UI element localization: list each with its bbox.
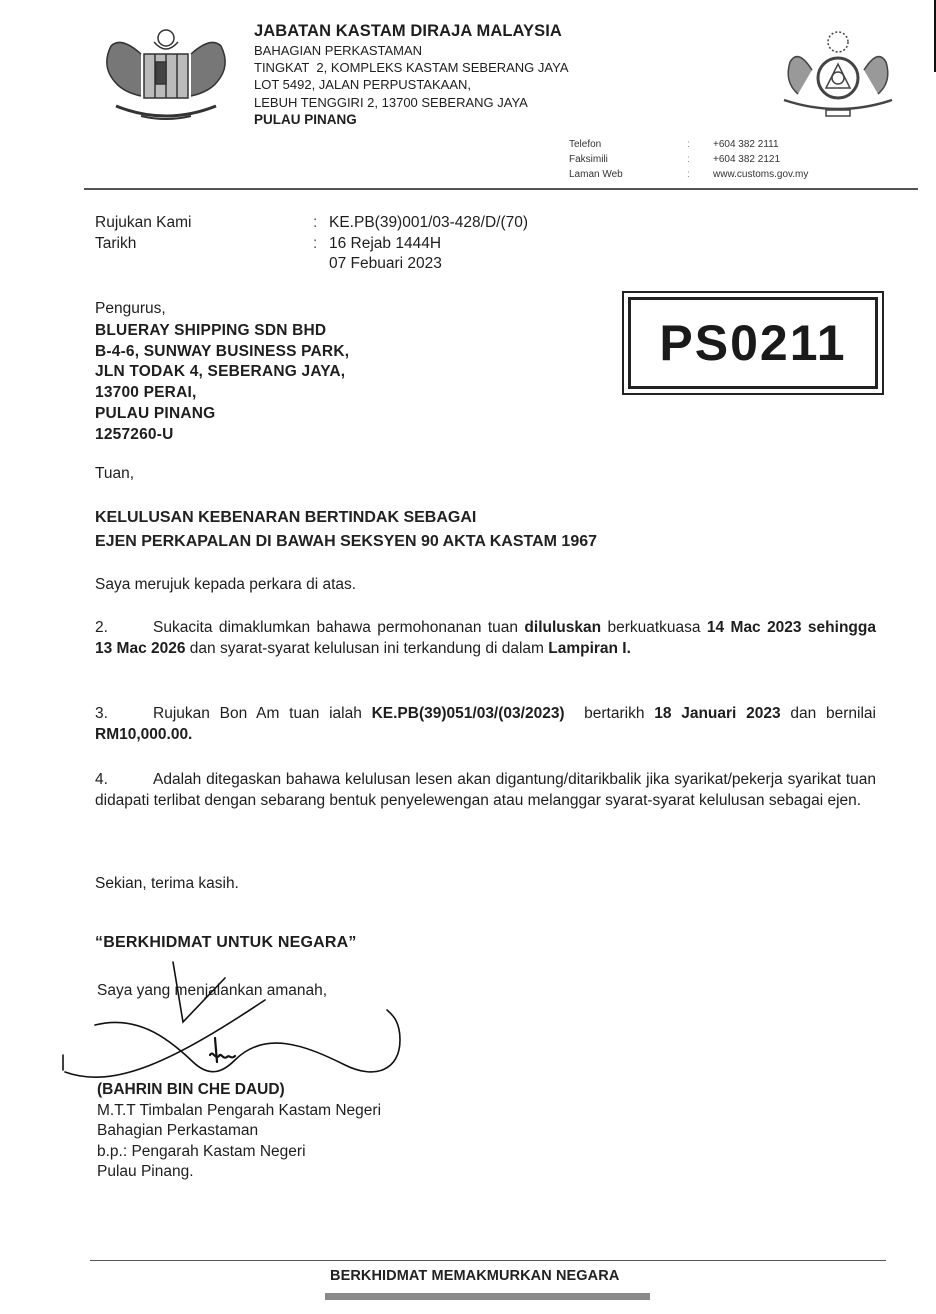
recipient-address-line: PULAU PINANG	[95, 404, 349, 425]
website-link[interactable]: www.customs.gov.my	[713, 167, 808, 182]
recipient-company: BLUERAY SHIPPING SDN BHD	[95, 321, 349, 342]
paragraph-4: 4.Adalah ditegaskan bahawa kelulusan les…	[95, 770, 876, 811]
ref-separator: :	[313, 213, 329, 234]
date-label: Tarikh	[95, 234, 313, 255]
appendix-reference: Lampiran I.	[548, 640, 631, 657]
phone-number: +604 382 2111	[713, 137, 779, 152]
paragraph-number: 4.	[95, 770, 153, 791]
stamp-code: PS0211	[628, 297, 878, 389]
address-line: BAHAGIAN PERKASTAMAN	[254, 42, 569, 59]
paragraph-text: bertarikh	[565, 705, 655, 722]
contact-info: Telefon : +604 382 2111 Faksimili : +604…	[569, 137, 808, 182]
contact-label: Faksimili	[569, 152, 687, 167]
handwritten-signature	[55, 960, 415, 1090]
signer-block: (BAHRIN BIN CHE DAUD) M.T.T Timbalan Pen…	[97, 1080, 381, 1183]
paragraph-number: 3.	[95, 704, 153, 725]
contact-label: Telefon	[569, 137, 687, 152]
fax-number: +604 382 2121	[713, 152, 780, 167]
subject-heading: KELULUSAN KEBENARAN BERTINDAK SEBAGAI EJ…	[95, 506, 597, 554]
paragraph-text: dan syarat-syarat kelulusan ini terkandu…	[186, 640, 549, 657]
bond-date: 18 Januari 2023	[654, 705, 780, 722]
footer-divider	[90, 1260, 886, 1261]
paragraph-3: 3.Rujukan Bon Am tuan ialah KE.PB(39)051…	[95, 704, 876, 745]
malaysia-coat-of-arms-icon	[96, 24, 236, 124]
approval-status: diluluskan	[524, 619, 601, 636]
stamp-box: PS0211	[622, 291, 884, 395]
contact-row-fax: Faksimili : +604 382 2121	[569, 152, 808, 167]
customs-emblem-icon	[776, 30, 900, 122]
address-line: LOT 5492, JALAN PERPUSTAKAAN,	[254, 76, 569, 93]
closing-remark: Sekian, terima kasih.	[95, 875, 239, 893]
contact-row-web: Laman Web : www.customs.gov.my	[569, 167, 808, 182]
recipient-attention: Pengurus,	[95, 299, 349, 320]
bond-reference: KE.PB(39)051/03/(03/2023)	[372, 705, 565, 722]
date-hijri: 16 Rejab 1444H	[329, 234, 441, 255]
paragraph-2: 2.Sukacita dimaklumkan bahawa permohonan…	[95, 618, 876, 659]
paragraph-number: 2.	[95, 618, 153, 639]
bond-amount: RM10,000.00.	[95, 726, 192, 743]
recipient-block: Pengurus, BLUERAY SHIPPING SDN BHD B-4-6…	[95, 299, 349, 446]
contact-label: Laman Web	[569, 167, 687, 182]
footer-bar	[325, 1293, 650, 1300]
organization-address: BAHAGIAN PERKASTAMAN TINGKAT 2, KOMPLEKS…	[254, 42, 569, 128]
ref-separator: :	[313, 234, 329, 255]
contact-separator: :	[687, 137, 713, 152]
address-state: PULAU PINANG	[254, 111, 569, 128]
subject-line: KELULUSAN KEBENARAN BERTINDAK SEBAGAI	[95, 506, 597, 530]
paragraph-text: dan bernilai	[781, 705, 876, 722]
our-ref-label: Rujukan Kami	[95, 213, 313, 234]
signer-name: (BAHRIN BIN CHE DAUD)	[97, 1080, 381, 1101]
salutation: Tuan,	[95, 465, 134, 483]
paragraph-text: Adalah ditegaskan bahawa kelulusan lesen…	[95, 771, 876, 809]
contact-separator: :	[687, 152, 713, 167]
paragraph-text: Rujukan Bon Am tuan ialah	[153, 705, 372, 722]
paragraph-text: Sukacita dimaklumkan bahawa permohonanan…	[153, 619, 524, 636]
signer-title: M.T.T Timbalan Pengarah Kastam Negeri	[97, 1101, 381, 1122]
address-line: LEBUH TENGGIRI 2, 13700 SEBERANG JAYA	[254, 94, 569, 111]
recipient-address-line: JLN TODAK 4, SEBERANG JAYA,	[95, 362, 349, 383]
contact-row-phone: Telefon : +604 382 2111	[569, 137, 808, 152]
subject-line: EJEN PERKAPALAN DI BAWAH SEKSYEN 90 AKTA…	[95, 530, 597, 554]
recipient-company-number: 1257260-U	[95, 425, 349, 446]
header-divider	[84, 188, 918, 190]
signer-on-behalf: b.p.: Pengarah Kastam Negeri	[97, 1142, 381, 1163]
our-ref-value: KE.PB(39)001/03-428/D/(70)	[329, 213, 528, 234]
recipient-address-line: B-4-6, SUNWAY BUSINESS PARK,	[95, 342, 349, 363]
reference-block: Rujukan Kami : KE.PB(39)001/03-428/D/(70…	[95, 213, 528, 275]
footer-motto: BERKHIDMAT MEMAKMURKAN NEGARA	[330, 1268, 619, 1284]
address-line: TINGKAT 2, KOMPLEKS KASTAM SEBERANG JAYA	[254, 59, 569, 76]
signer-division: Bahagian Perkastaman	[97, 1121, 381, 1142]
service-motto: “BERKHIDMAT UNTUK NEGARA”	[95, 934, 357, 952]
organization-name: JABATAN KASTAM DIRAJA MALAYSIA	[254, 22, 562, 41]
recipient-address-line: 13700 PERAI,	[95, 383, 349, 404]
date-gregorian: 07 Febuari 2023	[329, 254, 442, 275]
paragraph-text: berkuatkuasa	[601, 619, 707, 636]
opening-paragraph: Saya merujuk kepada perkara di atas.	[95, 576, 356, 594]
contact-separator: :	[687, 167, 713, 182]
signer-state: Pulau Pinang.	[97, 1162, 381, 1183]
